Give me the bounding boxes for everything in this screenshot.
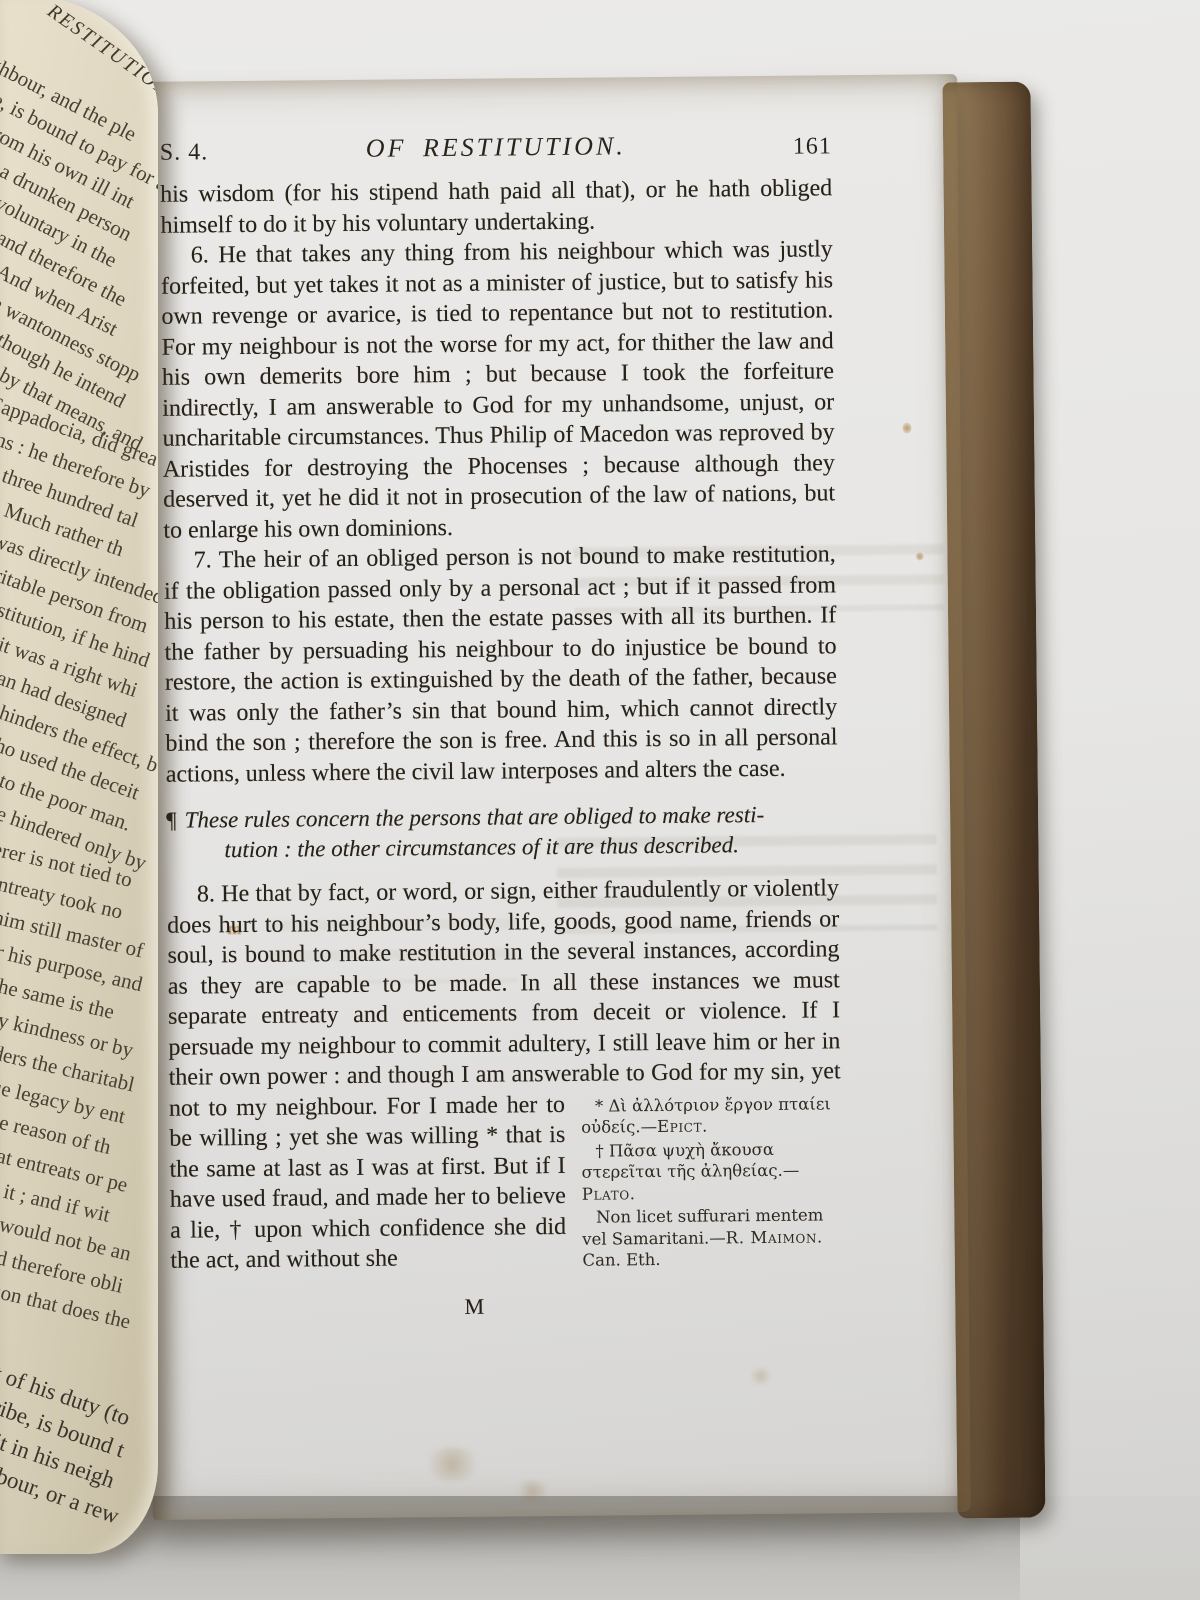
foxing-spot [902, 423, 911, 434]
age-stain [420, 1447, 484, 1482]
pilcrow-mark: ¶ [166, 808, 177, 833]
verso-text-fragment-group: of Cappadocia, did greaatians : he there… [0, 382, 158, 824]
paragraph-7: 7. The heir of an obliged person is not … [164, 539, 838, 789]
paragraph-6: 6. He that takes any thing from his neig… [161, 234, 836, 545]
book-page-recto: m S. 4. OF RESTITUTION. 161 his wisdom (… [139, 74, 971, 1520]
verso-text-fragment-group: inderer is not tied tose entreaty took n… [0, 830, 147, 1306]
age-stain [747, 1368, 773, 1384]
verso-text-fragment-group: part of his duty (toa bribe, is bound to… [0, 1350, 137, 1486]
gathering-signature: M [139, 1288, 811, 1325]
footnote-plato: † Πᾶσα ψυχὴ ἄκουσα στερεῖται τῆς ἀληθεία… [581, 1138, 842, 1205]
footnote-epictetus: * Δὶ ἀλλότριον ἔργον πταίει οὐδείς.—Epic… [581, 1093, 841, 1138]
table-surface-highlight [1020, 1496, 1200, 1600]
paragraph-continuation: his wisdom (for his stipend hath paid al… [160, 173, 833, 240]
book-page-turning: RESTITUTION. neighbour, and the pleouse,… [0, 0, 158, 1554]
running-title: OF RESTITUTION. [160, 129, 832, 165]
rubric-line-2: tution : the other circumstances of it a… [166, 829, 838, 865]
running-head: S. 4. OF RESTITUTION. 161 [160, 129, 832, 169]
paragraph-8: 8. He that by fact, or word, or sign, ei… [167, 873, 843, 1276]
verso-text-fragment-group: neighbour, and the pleouse, is bound to … [0, 38, 158, 378]
footnote-maimonides: Non licet suffurari mentem vel Samaritan… [582, 1204, 843, 1271]
book-photograph: m S. 4. OF RESTITUTION. 161 his wisdom (… [0, 0, 1200, 1600]
paragraph-8-text: 8. He that by fact, or word, or sign, ei… [167, 875, 841, 1121]
page-number: 161 [793, 133, 832, 160]
foxing-spot [916, 552, 924, 560]
rubric: ¶These rules concern the persons that ar… [166, 799, 839, 865]
type-area: S. 4. OF RESTITUTION. 161 his wisdom (fo… [160, 129, 843, 1324]
age-stain [513, 1480, 553, 1502]
rubric-line-1: These rules concern the persons that are… [185, 802, 765, 833]
body-text: his wisdom (for his stipend hath paid al… [160, 173, 843, 1324]
footnote-block: * Δὶ ἀλλότριον ἔργον πταίει οὐδείς.—Epic… [581, 1093, 843, 1273]
